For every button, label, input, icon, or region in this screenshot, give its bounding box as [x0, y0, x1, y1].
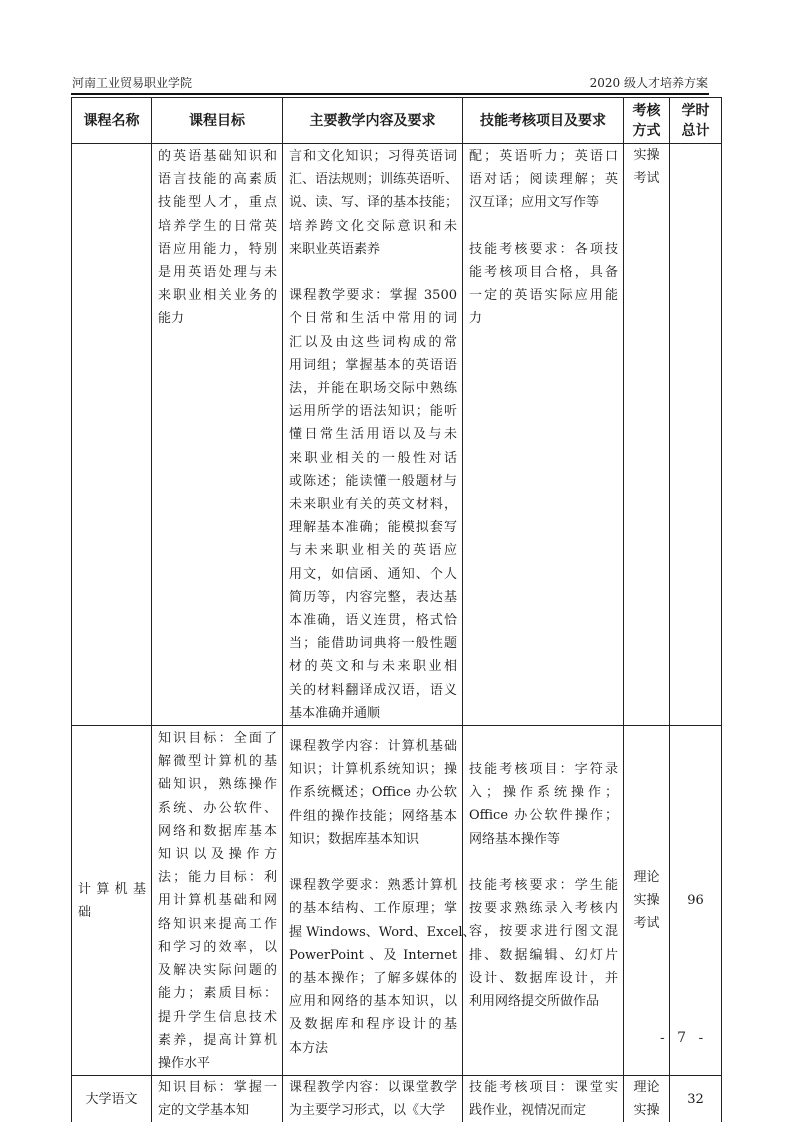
text-line: 说、读、写、译的基本技能；	[289, 191, 457, 214]
col-header-assess-line2: 方式	[624, 121, 669, 141]
content-cell: 课程教学内容：计算机基础知识；计算机系统知识；操作系统概述；Office 办公软…	[283, 726, 463, 1076]
text-line: 技能考核项目：课堂实	[469, 1076, 618, 1099]
text-line: 件组的操作技能；网络基本	[289, 805, 457, 828]
skill-cell: 配；英语听力；英语口语对话；阅读理解；英汉互译；应用文写作等技能考核要求：各项技…	[463, 144, 624, 726]
skill-cell: 技能考核项目：课堂实践作业，视情况而定	[463, 1076, 624, 1122]
col-header-assess-line1: 考核	[624, 101, 669, 121]
col-header-course-name: 课程名称	[72, 98, 152, 144]
text-line: 本准确，语义连贯，格式恰	[289, 609, 457, 632]
text-line: 的英语基础知识和	[158, 145, 277, 168]
course-name-cell: 计算机基础	[72, 726, 152, 1076]
col-header-course-goal: 课程目标	[152, 98, 283, 144]
text-line: 知识目标：掌握一	[158, 1076, 277, 1099]
text-line: 汇、语法规则；训练英语听、	[289, 168, 457, 191]
text-line: 用文，如信函、通知、个人	[289, 563, 457, 586]
text-line: 解微型计算机的基	[158, 750, 277, 773]
col-header-assessment-method: 考核 方式	[624, 98, 670, 144]
course-goal-cell: 的英语基础知识和语言技能的高素质技能型人才，重点培养学生的日常英语应用能力，特别…	[152, 144, 283, 726]
col-header-content: 主要教学内容及要求	[283, 98, 463, 144]
text-line: 践作业，视情况而定	[469, 1099, 618, 1122]
col-header-hours-line1: 学时	[670, 101, 721, 121]
text-line: 计算机基	[78, 878, 146, 901]
text-line: 的基本操作；了解多媒体的	[289, 967, 457, 990]
text-line: 配；英语听力；英语口	[469, 145, 618, 168]
text-line: 课程教学内容：以课堂教学	[289, 1076, 457, 1099]
text-line: 按要求熟练录入考核内	[469, 897, 618, 920]
text-line: 素养，提高计算机	[158, 1029, 277, 1052]
text-line: 操作水平	[158, 1052, 277, 1075]
text-line: 当；能借助词典将一般性题	[289, 632, 457, 655]
text-line: 设计、数据库设计，并	[469, 967, 618, 990]
course-name-cell	[72, 144, 152, 726]
text-line: 个日常和生活中常用的词	[289, 307, 457, 330]
text-line: 课程教学要求：掌握 3500	[289, 284, 457, 307]
text-line: 运用所学的语法知识；能听	[289, 400, 457, 423]
text-line: 握 Windows、Word、Excel、	[289, 921, 457, 944]
text-line: 知识；计算机系统知识；操	[289, 758, 457, 781]
text-line: 言和文化知识；习得英语词	[289, 145, 457, 168]
col-header-hours-line2: 总计	[670, 121, 721, 141]
total-hours-cell	[670, 144, 722, 726]
text-line: 为主要学习形式，以《大学	[289, 1099, 457, 1122]
table-row: 的英语基础知识和语言技能的高素质技能型人才，重点培养学生的日常英语应用能力，特别…	[72, 144, 722, 726]
text-line: 力	[469, 307, 618, 330]
table-header-row: 课程名称 课程目标 主要教学内容及要求 技能考核项目及要求 考核 方式 学时 总…	[72, 98, 722, 144]
text-line: 知识目标：全面了	[158, 727, 277, 750]
text-line: 来职业英语素养	[289, 238, 457, 261]
total-hours-cell: 32	[670, 1076, 722, 1122]
assessment-method-cell: 实操考试	[624, 144, 670, 726]
text-line: 考试	[624, 167, 669, 190]
text-line: 培养学生的日常英	[158, 215, 277, 238]
text-line: 能力	[158, 307, 277, 330]
text-line: PowerPoint 、及 Internet	[289, 944, 457, 967]
text-line: 作系统概述；Office 办公软	[289, 781, 457, 804]
text-line: 排、数据编辑、幻灯片	[469, 944, 618, 967]
text-line: 入；操作系统操作；	[469, 781, 618, 804]
text-line: 及解决实际问题的	[158, 959, 277, 982]
text-line: 课程教学内容：计算机基础	[289, 735, 457, 758]
text-line: 技能型人才，重点	[158, 191, 277, 214]
text-line: 容，按要求进行图文混	[469, 920, 618, 943]
course-goal-cell: 知识目标：掌握一定的文学基本知	[152, 1076, 283, 1122]
text-line: 础	[78, 901, 146, 924]
table-row: 计算机基础 知识目标：全面了解微型计算机的基础知识，熟练操作系统、办公软件、网络…	[72, 726, 722, 1076]
skill-cell: 技能考核项目：字符录入；操作系统操作；Office 办公软件操作；网络基本操作等…	[463, 726, 624, 1076]
assessment-method-cell: 理论实操	[624, 1076, 670, 1122]
text-line: 能力；素质目标：	[158, 982, 277, 1005]
text-line: 及数据库和程序设计的基	[289, 1013, 457, 1036]
text-line: 汇以及由这些词构成的常	[289, 331, 457, 354]
course-goal-cell: 知识目标：全面了解微型计算机的基础知识，熟练操作系统、办公软件、网络和数据库基本…	[152, 726, 283, 1076]
text-line: 知识；数据库基本知识	[289, 828, 457, 851]
text-line: 课程教学要求：熟悉计算机	[289, 874, 457, 897]
text-line: 能考核项目合格，具备	[469, 261, 618, 284]
text-line: 关的材料翻译成汉语，语义	[289, 679, 457, 702]
text-line: 实操	[624, 144, 669, 167]
total-hours-cell: 96	[670, 726, 722, 1076]
text-line: 或陈述；能读懂一般题材与	[289, 470, 457, 493]
content-cell: 课程教学内容：以课堂教学为主要学习形式，以《大学	[283, 1076, 463, 1122]
header-institution: 河南工业贸易职业学院	[72, 74, 192, 91]
text-line: 实操	[624, 1099, 669, 1122]
text-line: 语对话；阅读理解；英	[469, 168, 618, 191]
header-rule	[71, 93, 709, 95]
text-line: 理论	[624, 866, 669, 889]
text-line: 语应用能力，特别	[158, 238, 277, 261]
page-number: - 7 -	[660, 1030, 707, 1046]
text-line: 未来职业有关的英文材料，	[289, 493, 457, 516]
text-line: 络知识来提高工作	[158, 913, 277, 936]
text-line: 与未来职业相关的英语应	[289, 539, 457, 562]
table-row: 大学语文 知识目标：掌握一定的文学基本知 课程教学内容：以课堂教学为主要学习形式…	[72, 1076, 722, 1122]
text-line: 基本准确并通顺	[289, 702, 457, 725]
text-line: 技能考核项目：字符录	[469, 758, 618, 781]
text-line: 网络和数据库基本	[158, 820, 277, 843]
text-line: 一定的英语实际应用能	[469, 284, 618, 307]
text-line: 利用网络提交所做作品	[469, 990, 618, 1013]
text-line: 用词组；掌握基本的英语语	[289, 354, 457, 377]
text-line: 理解基本准确；能模拟套写	[289, 516, 457, 539]
text-line: 提升学生信息技术	[158, 1006, 277, 1029]
text-line: 系统、办公软件、	[158, 797, 277, 820]
col-header-total-hours: 学时 总计	[670, 98, 722, 144]
text-line: 用计算机基础和网	[158, 889, 277, 912]
text-line: 来职业相关的一般性对话	[289, 447, 457, 470]
col-header-skill-assessment: 技能考核项目及要求	[463, 98, 624, 144]
assessment-method-cell: 理论实操考试	[624, 726, 670, 1076]
text-line: 网络基本操作等	[469, 828, 618, 851]
text-line: 本方法	[289, 1037, 457, 1060]
text-line: 是用英语处理与未	[158, 261, 277, 284]
text-line: 材的英文和与未来职业相	[289, 655, 457, 678]
text-line: 语言技能的高素质	[158, 168, 277, 191]
text-line: 汉互译；应用文写作等	[469, 191, 618, 214]
text-line: 法；能力目标：利	[158, 866, 277, 889]
text-line: 技能考核要求：各项技	[469, 238, 618, 261]
text-line: 法，并能在职场交际中熟练	[289, 377, 457, 400]
text-line: Office 办公软件操作；	[469, 804, 618, 827]
text-line: 实操	[624, 889, 669, 912]
text-line: 础知识，熟练操作	[158, 773, 277, 796]
text-line: 培养跨文化交际意识和未	[289, 215, 457, 238]
text-line: 和学习的效率，以	[158, 936, 277, 959]
text-line: 技能考核要求：学生能	[469, 874, 618, 897]
header-doc-title: 2020 级人才培养方案	[590, 74, 708, 91]
text-line: 懂日常生活用语以及与未	[289, 423, 457, 446]
text-line: 知识以及操作方	[158, 843, 277, 866]
text-line: 应用和网络的基本知识，以	[289, 990, 457, 1013]
content-cell: 言和文化知识；习得英语词汇、语法规则；训练英语听、说、读、写、译的基本技能；培养…	[283, 144, 463, 726]
text-line: 来职业相关业务的	[158, 284, 277, 307]
text-line: 的基本结构、工作原理；掌	[289, 897, 457, 920]
text-line: 理论	[624, 1076, 669, 1099]
course-name-cell: 大学语文	[72, 1076, 152, 1122]
text-line: 简历等，内容完整，表达基	[289, 586, 457, 609]
course-table: 课程名称 课程目标 主要教学内容及要求 技能考核项目及要求 考核 方式 学时 总…	[71, 97, 722, 1122]
text-line: 定的文学基本知	[158, 1099, 277, 1122]
text-line: 考试	[624, 912, 669, 935]
